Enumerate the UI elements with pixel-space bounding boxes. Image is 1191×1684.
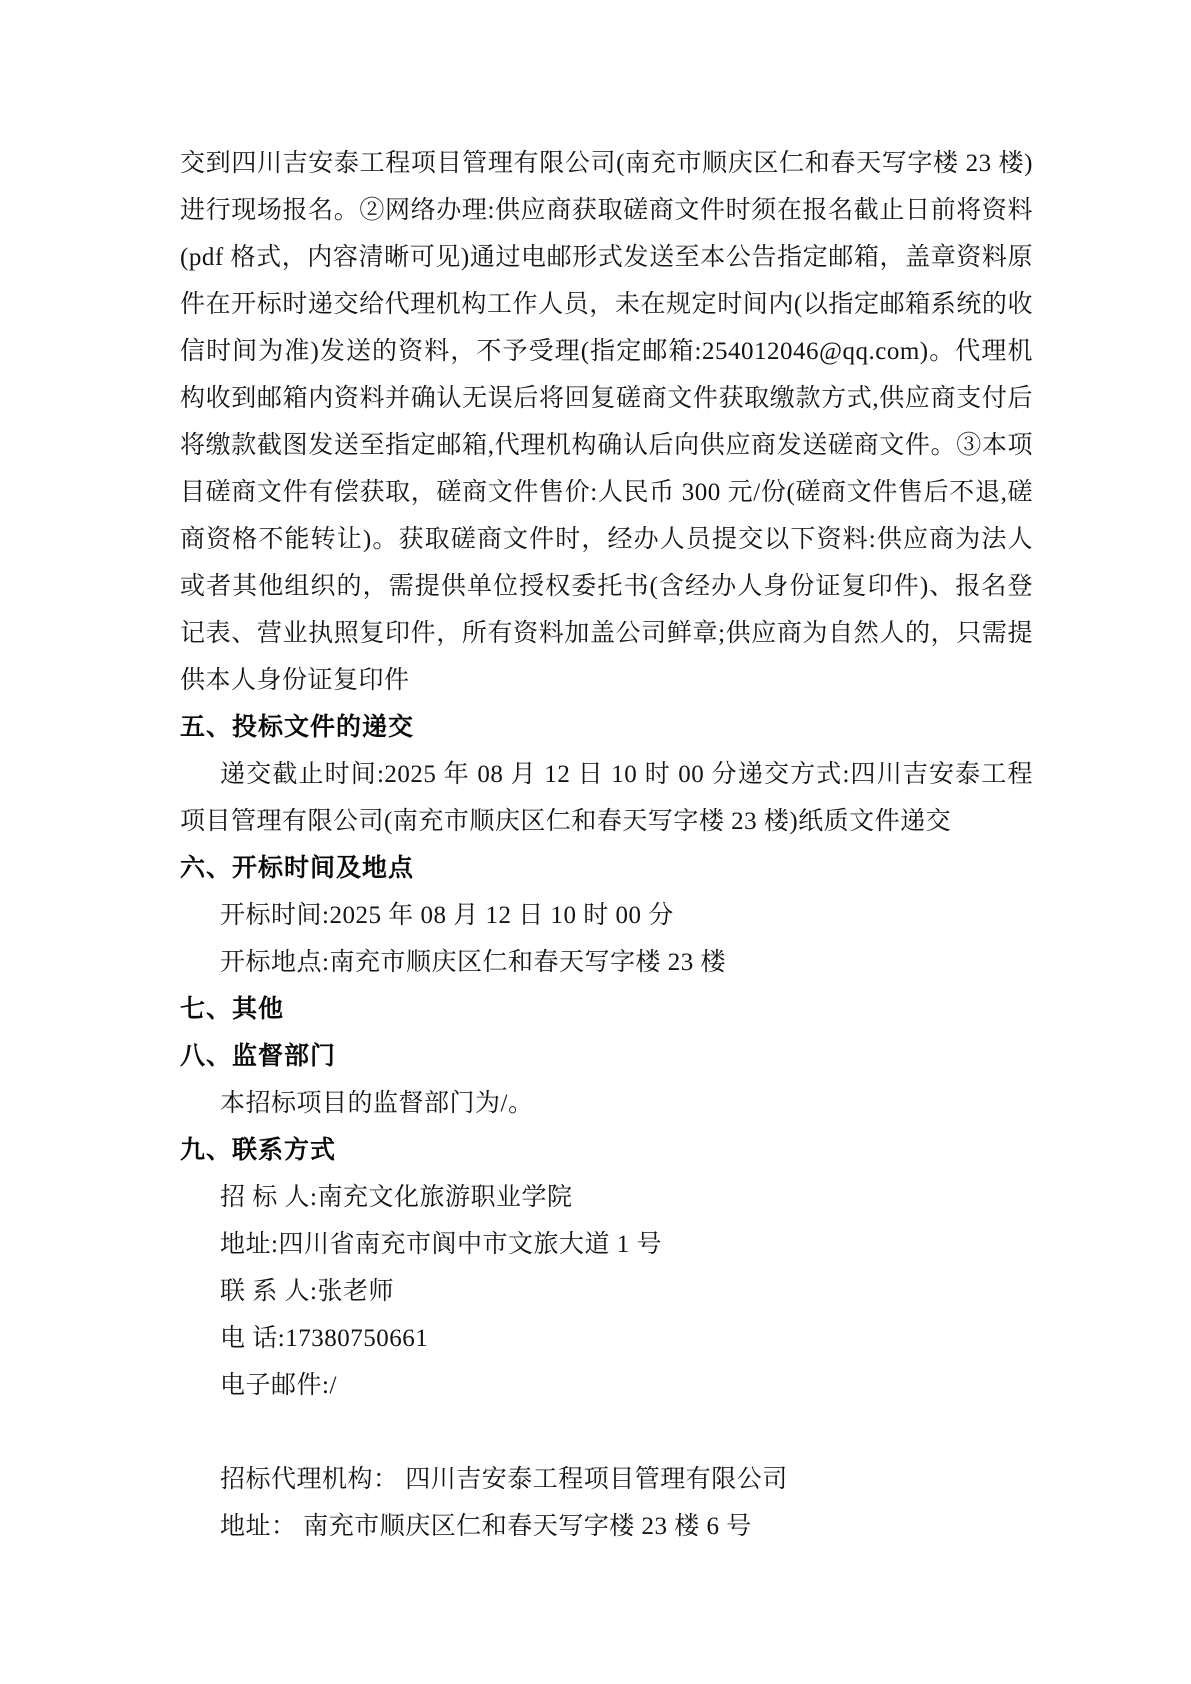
supervision-department-line: 本招标项目的监督部门为/。 bbox=[180, 1080, 1033, 1127]
section-9-heading: 九、联系方式 bbox=[180, 1127, 1033, 1174]
tenderer-address-line: 地址:四川省南充市阆中市文旅大道 1 号 bbox=[180, 1221, 1033, 1268]
email-line: 电子邮件:/ bbox=[180, 1362, 1033, 1409]
section-7-heading: 七、其他 bbox=[180, 986, 1033, 1033]
paragraph-registration-continued: 交到四川吉安泰工程项目管理有限公司(南充市顺庆区仁和春天写字楼 23 楼)进行现… bbox=[180, 140, 1033, 704]
agency-line: 招标代理机构： 四川吉安泰工程项目管理有限公司 bbox=[180, 1456, 1033, 1503]
section-5-heading: 五、投标文件的递交 bbox=[180, 704, 1033, 751]
blank-line-spacer bbox=[180, 1409, 1033, 1456]
contact-person-line: 联 系 人:张老师 bbox=[180, 1268, 1033, 1315]
bid-opening-place-line: 开标地点:南充市顺庆区仁和春天写字楼 23 楼 bbox=[180, 939, 1033, 986]
section-8-heading: 八、监督部门 bbox=[180, 1033, 1033, 1080]
section-6-heading: 六、开标时间及地点 bbox=[180, 845, 1033, 892]
tenderer-line: 招 标 人:南充文化旅游职业学院 bbox=[180, 1174, 1033, 1221]
phone-line: 电 话:17380750661 bbox=[180, 1315, 1033, 1362]
page-content: 交到四川吉安泰工程项目管理有限公司(南充市顺庆区仁和春天写字楼 23 楼)进行现… bbox=[180, 140, 1033, 1550]
bid-opening-time-line: 开标时间:2025 年 08 月 12 日 10 时 00 分 bbox=[180, 892, 1033, 939]
tender-notice-document-page: 交到四川吉安泰工程项目管理有限公司(南充市顺庆区仁和春天写字楼 23 楼)进行现… bbox=[0, 0, 1191, 1684]
agency-address-line: 地址： 南充市顺庆区仁和春天写字楼 23 楼 6 号 bbox=[180, 1503, 1033, 1550]
bid-submission-paragraph: 递交截止时间:2025 年 08 月 12 日 10 时 00 分递交方式:四川… bbox=[180, 751, 1033, 845]
